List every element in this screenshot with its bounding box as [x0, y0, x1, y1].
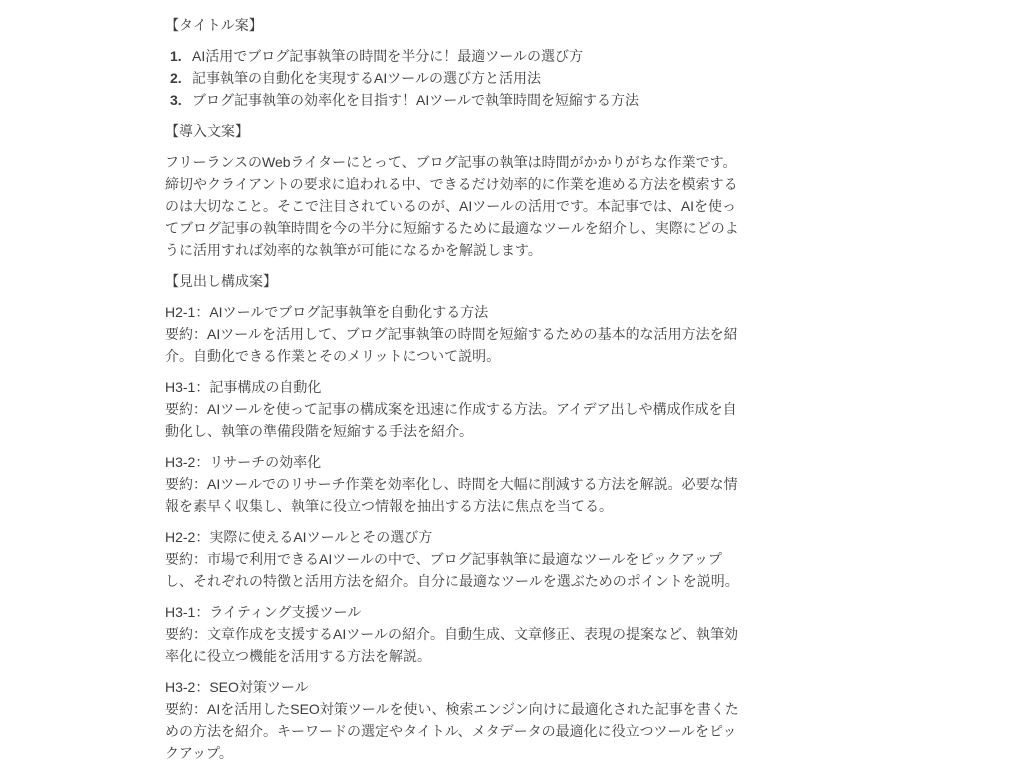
section-header-intro: 【導入文案】: [165, 120, 749, 142]
list-item-text: 記事執筆の自動化を実現するAIツールの選び方と活用法: [192, 67, 541, 89]
outline-heading: H3-2：リサーチの効率化: [165, 451, 749, 473]
outline-block: H2-1：AIツールでブログ記事執筆を自動化する方法 要約：AIツールを活用して…: [165, 301, 749, 367]
title-proposal-list: 1. AI活用でブログ記事執筆の時間を半分に！最適ツールの選び方 2. 記事執筆…: [165, 45, 749, 111]
outline-summary: 要約：AIツールを使って記事の構成案を迅速に作成する方法。アイデア出しや構成作成…: [165, 398, 749, 442]
outline-block: H3-2：SEO対策ツール 要約：AIを活用したSEO対策ツールを使い、検索エン…: [165, 676, 749, 764]
outline-summary: 要約：AIを活用したSEO対策ツールを使い、検索エンジン向けに最適化された記事を…: [165, 698, 749, 764]
outline-summary: 要約：市場で利用できるAIツールの中で、ブログ記事執筆に最適なツールをピックアッ…: [165, 548, 749, 592]
outline-block: H3-2：リサーチの効率化 要約：AIツールでのリサーチ作業を効率化し、時間を大…: [165, 451, 749, 517]
document-body: 【タイトル案】 1. AI活用でブログ記事執筆の時間を半分に！最適ツールの選び方…: [165, 14, 749, 773]
outline-block: H3-1：ライティング支援ツール 要約：文章作成を支援するAIツールの紹介。自動…: [165, 601, 749, 667]
list-item: 3. ブログ記事執筆の効率化を目指す！AIツールで執筆時間を短縮する方法: [170, 89, 749, 111]
outline-heading: H2-1：AIツールでブログ記事執筆を自動化する方法: [165, 301, 749, 323]
list-item-text: AI活用でブログ記事執筆の時間を半分に！最適ツールの選び方: [192, 45, 583, 67]
outline-summary: 要約：AIツールでのリサーチ作業を効率化し、時間を大幅に削減する方法を解説。必要…: [165, 473, 749, 517]
outline-heading: H3-1：ライティング支援ツール: [165, 601, 749, 623]
section-header-title-proposals: 【タイトル案】: [165, 14, 749, 36]
list-item-text: ブログ記事執筆の効率化を目指す！AIツールで執筆時間を短縮する方法: [192, 89, 639, 111]
section-header-outline: 【見出し構成案】: [165, 270, 749, 292]
outline-block: H3-1：記事構成の自動化 要約：AIツールを使って記事の構成案を迅速に作成する…: [165, 376, 749, 442]
outline-heading: H2-2：実際に使えるAIツールとその選び方: [165, 526, 749, 548]
outline-summary: 要約：AIツールを活用して、ブログ記事執筆の時間を短縮するための基本的な活用方法…: [165, 323, 749, 367]
list-item: 1. AI活用でブログ記事執筆の時間を半分に！最適ツールの選び方: [170, 45, 749, 67]
list-item-number: 1.: [170, 45, 192, 67]
list-item: 2. 記事執筆の自動化を実現するAIツールの選び方と活用法: [170, 67, 749, 89]
outline-heading: H3-2：SEO対策ツール: [165, 676, 749, 698]
list-item-number: 2.: [170, 67, 192, 89]
outline-block: H2-2：実際に使えるAIツールとその選び方 要約：市場で利用できるAIツールの…: [165, 526, 749, 592]
outline-heading: H3-1：記事構成の自動化: [165, 376, 749, 398]
list-item-number: 3.: [170, 89, 192, 111]
intro-paragraph: フリーランスのWebライターにとって、ブログ記事の執筆は時間がかかりがちな作業で…: [165, 151, 749, 261]
outline-summary: 要約：文章作成を支援するAIツールの紹介。自動生成、文章修正、表現の提案など、執…: [165, 623, 749, 667]
